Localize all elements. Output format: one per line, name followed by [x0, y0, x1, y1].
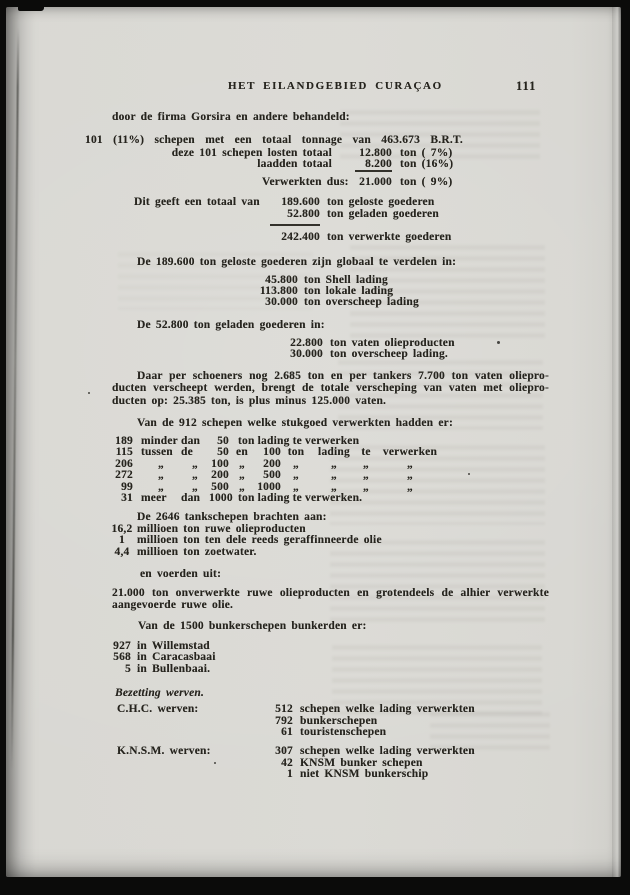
totals-sum-value: 242.400	[272, 231, 320, 243]
running-header-title: HET EILANDGEBIED CURAÇAO	[228, 80, 443, 92]
geladen-intro: De 52.800 ton geladen goederen in:	[137, 319, 325, 331]
bunker-label: in Caracasbaai	[137, 651, 216, 663]
range-cell: dan	[181, 492, 209, 504]
uitvoer-line: aangevoerde ruwe olie.	[112, 599, 233, 611]
unit-cell: ton	[281, 446, 311, 458]
scanned-book-page: HET EILANDGEBIED CURAÇAO 111 door de fir…	[0, 0, 630, 895]
ditto-mark: „	[229, 469, 255, 481]
dust-speck	[214, 762, 216, 764]
chc-row-label: schepen welke lading verwerkten	[300, 703, 475, 715]
geladen-value: 30.000	[275, 348, 323, 360]
geladen-label: ton overscheep lading.	[330, 348, 448, 360]
laadden-label: laadden totaal	[160, 158, 332, 170]
ditto-mark: „	[141, 469, 181, 481]
dust-speck	[468, 473, 470, 475]
range-cell: meer	[141, 492, 181, 504]
totals-value: 189.600	[272, 196, 320, 208]
intro-line: door de firma Gorsira en andere behandel…	[112, 111, 350, 123]
knsm-row-label: niet KNSM bunkerschip	[300, 768, 428, 780]
tank-value: 1	[110, 534, 134, 546]
number-cell: 100	[255, 446, 281, 458]
vaten-paragraph-line: ducten op: 25.385 ton, is plus minus 125…	[112, 395, 386, 407]
vaten-paragraph-line: Daar per schoeners nog 2.685 ton en per …	[137, 370, 549, 382]
geloste-value: 30.000	[250, 296, 298, 308]
sum-rule	[270, 224, 320, 226]
count-cell: 31	[105, 492, 133, 504]
chc-value: 61	[265, 726, 293, 738]
knsm-value: 307	[265, 745, 293, 757]
range-cell: de	[181, 446, 209, 458]
word-cell: te	[357, 446, 375, 458]
page-number: 111	[516, 79, 536, 94]
number-cell: 50	[209, 446, 229, 458]
totals-label: ton geladen goederen	[327, 208, 439, 220]
laadden-value: 8.200	[344, 158, 392, 170]
range-cell: tussen	[141, 446, 181, 458]
uitvoer-intro: en voerden uit:	[140, 568, 221, 580]
table-row: 272„„200„500„„„„	[105, 469, 445, 481]
bunker-value: 5	[103, 663, 131, 675]
totals-sum-label: ton verwerkte goederen	[327, 231, 451, 243]
count-cell: 272	[105, 469, 133, 481]
verwerkten-label: Verwerkten dus:	[262, 176, 349, 188]
tank-value: 4,4	[110, 546, 134, 558]
section-heading-bezetting: Bezetting werven.	[115, 687, 204, 699]
number-cell: 1000	[209, 492, 229, 504]
number-cell: 500	[255, 469, 281, 481]
bunker-intro: Van de 1500 bunkerschepen bunkerden er:	[138, 620, 367, 632]
tankschepen-intro: De 2646 tankschepen brachten aan:	[137, 511, 327, 523]
sum-rule	[355, 170, 392, 172]
page-edge	[612, 7, 621, 877]
bleedthrough-texture	[330, 540, 545, 625]
ditto-mark: „	[311, 469, 357, 481]
uitvoer-line: 21.000 ton onverwerkte ruwe olieproducte…	[112, 587, 549, 599]
word-cell: lading	[311, 446, 357, 458]
range-cell: en	[229, 446, 255, 458]
ditto-mark: „	[281, 469, 311, 481]
word-cell: verwerken	[375, 446, 445, 458]
ditto-mark: „	[181, 469, 209, 481]
table-row: 115tussende50en100tonladingteverwerken	[105, 446, 445, 458]
row-tail: ton lading te verwerken.	[238, 492, 362, 504]
dust-speck	[88, 392, 90, 394]
verwerkten-value: 21.000	[344, 176, 392, 188]
chc-value: 512	[265, 703, 293, 715]
laadden-suffix: ton (16%)	[400, 158, 453, 170]
tank-label: millioen ton ten dele reeds geraffinneer…	[137, 534, 382, 546]
knsm-value: 1	[265, 768, 293, 780]
bunker-value: 568	[103, 651, 131, 663]
tonnage-total-line: 101 (11%) schepen met een totaal tonnage…	[85, 134, 463, 146]
totals-intro: Dit geeft een totaal van	[134, 196, 260, 208]
chc-row-label: touristenschepen	[300, 726, 386, 738]
ditto-mark: „	[357, 469, 375, 481]
ditto-mark: „	[375, 469, 445, 481]
knsm-label: K.N.S.M. werven:	[117, 745, 211, 757]
geloste-intro: De 189.600 ton geloste goederen zijn glo…	[137, 256, 456, 268]
geloste-label: ton overscheep lading	[304, 296, 419, 308]
scan-artifact	[18, 6, 44, 11]
tank-label: millioen ton zoetwater.	[137, 546, 257, 558]
table-row: 31meerdan1000ton lading te verwerken.	[105, 492, 362, 504]
knsm-row-label: schepen welke lading verwerkten	[300, 745, 475, 757]
verwerkten-suffix: ton ( 9%)	[400, 176, 452, 188]
ditto-mark: „	[375, 481, 445, 493]
stukgoed-intro: Van de 912 schepen welke stukgoed verwer…	[137, 417, 453, 429]
vaten-paragraph-line: ducten verscheept werden, brengt de tota…	[112, 382, 549, 394]
count-cell: 115	[105, 446, 133, 458]
totals-value: 52.800	[272, 208, 320, 220]
totals-label: ton geloste goederen	[327, 196, 434, 208]
dust-speck	[497, 341, 500, 344]
number-cell: 200	[209, 469, 229, 481]
bunker-label: in Bullenbaai.	[137, 663, 210, 675]
chc-label: C.H.C. werven:	[117, 703, 198, 715]
